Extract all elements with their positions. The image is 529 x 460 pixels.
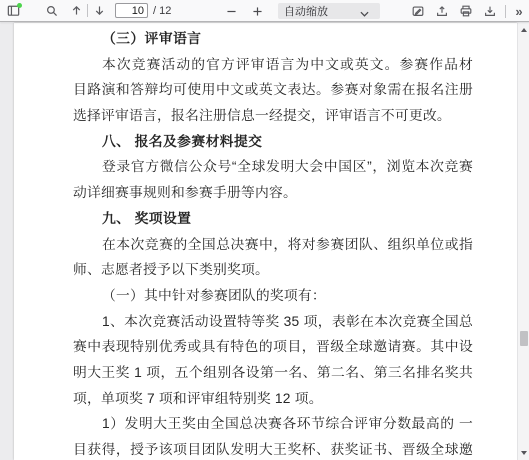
doc-line: （一）其中针对参赛团队的奖项有： bbox=[73, 283, 473, 309]
zoom-in-button[interactable] bbox=[248, 2, 266, 20]
annotation-pen-icon bbox=[411, 4, 425, 18]
doc-line: 选择评审语言，报名注册信息一经提交，评审语言不可更改。 bbox=[73, 103, 473, 129]
find-button[interactable] bbox=[43, 2, 61, 20]
page-count-label: / 12 bbox=[153, 5, 171, 17]
chevrons-right-icon: » bbox=[515, 5, 522, 18]
arrow-down-icon bbox=[93, 4, 106, 17]
doc-line: 本次竞赛活动的官方评审语言为中文或英文。参赛作品材料、项 bbox=[73, 52, 473, 78]
zoom-out-button[interactable] bbox=[222, 2, 240, 20]
open-file-button[interactable] bbox=[433, 2, 451, 20]
plus-icon bbox=[251, 5, 264, 18]
zoom-level-select[interactable]: 自动缩放 bbox=[278, 3, 380, 19]
doc-line: 赛中表现特别优秀或具有特色的项目，晋级全球邀请赛。其中设发 bbox=[73, 334, 473, 360]
doc-line: 目获得，授予该项目团队发明大王奖杯、获奖证书、晋级全球邀请赛 bbox=[73, 437, 473, 460]
doc-line: 项，单项奖 7 项和评审组特别奖 12 项。 bbox=[73, 386, 473, 412]
doc-line: （三）评审语言 bbox=[73, 26, 473, 52]
open-file-icon bbox=[435, 4, 449, 18]
doc-line: 1、本次竞赛活动设置特等奖 35 项，表彰在本次竞赛全国总决 bbox=[73, 309, 473, 335]
arrow-up-icon bbox=[70, 4, 83, 17]
doc-line: 1）发明大王奖由全国总决赛各环节综合评审分数最高的 一个项 bbox=[73, 411, 473, 437]
triangle-down-icon bbox=[521, 451, 527, 455]
sidebar-notification-dot bbox=[17, 3, 22, 8]
pdf-toolbar: / 12 自动缩放 bbox=[0, 0, 529, 22]
zoom-level-value: 自动缩放 bbox=[284, 3, 328, 19]
search-icon bbox=[45, 4, 59, 18]
scroll-up-button[interactable] bbox=[518, 24, 529, 36]
doc-line: 在本次竞赛的全国总决赛中，将对参赛团队、组织单位或指导教 bbox=[73, 232, 473, 258]
pdf-page: （三）评审语言本次竞赛活动的官方评审语言为中文或英文。参赛作品材料、项目路演和答… bbox=[14, 23, 517, 460]
viewer-area: （三）评审语言本次竞赛活动的官方评审语言为中文或英文。参赛作品材料、项目路演和答… bbox=[0, 23, 529, 460]
annotate-button[interactable] bbox=[409, 2, 427, 20]
chevron-down-icon bbox=[360, 8, 369, 20]
previous-page-button[interactable] bbox=[67, 2, 85, 20]
doc-line: 师、志愿者授予以下类别奖项。 bbox=[73, 257, 473, 283]
triangle-up-icon bbox=[521, 28, 527, 32]
page-number-input[interactable] bbox=[115, 3, 148, 18]
print-button[interactable] bbox=[457, 2, 475, 20]
minus-icon bbox=[225, 5, 238, 18]
doc-line: 登录官方微信公众号“全球发明大会中国区”，浏览本次竞赛活 bbox=[73, 154, 473, 180]
scroll-down-button[interactable] bbox=[518, 447, 529, 459]
doc-line: 八、 报名及参赛材料提交 bbox=[73, 129, 473, 155]
toolbar-separator bbox=[505, 5, 506, 18]
doc-line: 动详细赛事规则和参赛手册等内容。 bbox=[73, 180, 473, 206]
save-download-icon bbox=[483, 4, 497, 18]
doc-line: 目路演和答辩均可使用中文或英文表达。参赛对象需在报名注册阶段 bbox=[73, 77, 473, 103]
doc-line: 九、 奖项设置 bbox=[73, 206, 473, 232]
doc-line: 明大王奖 1 项，五个组别各设第一名、第二名、第三名排名奖共 15 bbox=[73, 360, 473, 386]
toolbar-separator bbox=[87, 4, 88, 17]
sidebar-toggle-button[interactable] bbox=[4, 2, 22, 20]
scrollbar-thumb[interactable] bbox=[520, 331, 528, 346]
pdf-viewer-app: / 12 自动缩放 bbox=[0, 0, 529, 460]
next-page-button[interactable] bbox=[90, 2, 108, 20]
printer-icon bbox=[459, 4, 473, 18]
vertical-scrollbar[interactable] bbox=[517, 23, 529, 460]
doc-lines: （三）评审语言本次竞赛活动的官方评审语言为中文或英文。参赛作品材料、项目路演和答… bbox=[73, 26, 473, 460]
save-button[interactable] bbox=[481, 2, 499, 20]
more-tools-button[interactable]: » bbox=[512, 2, 526, 20]
